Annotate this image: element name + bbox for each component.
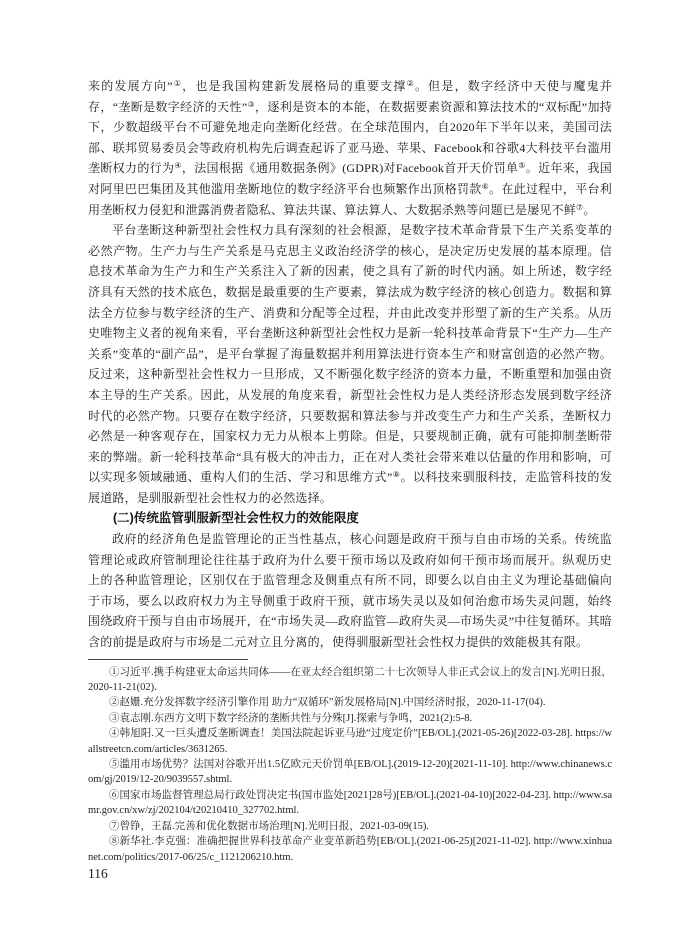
footnote: ⑥国家市场监督管理总局行政处罚决定书(国市监处[2021]28号)[EB/OL]…: [88, 788, 612, 819]
section-heading: (二)传统监管驯服新型社会性权力的效能限度: [88, 508, 612, 529]
footnote: ③袁志刚.东西方文明下数字经济的垄断共性与分殊[J].探索与争鸣，2021(2)…: [88, 711, 612, 726]
paper-page: 来的发展方向”①，也是我国构建新发展格局的重要支撑②。但是，数字经济中天使与魔鬼…: [0, 0, 700, 943]
footnote: ①习近平.携手构建亚太命运共同体——在亚太经合组织第二十七次领导人非正式会议上的…: [88, 665, 612, 696]
body-paragraph-continuation: 来的发展方向”①，也是我国构建新发展格局的重要支撑②。但是，数字经济中天使与魔鬼…: [88, 76, 612, 220]
footnote: ⑤滥用市场优势？法国对谷歌开出1.5亿欧元天价罚单[EB/OL].(2019-1…: [88, 757, 612, 788]
footnote: ⑦曾铮，王磊.完善和优化数据市场治理[N].光明日报，2021-03-09(15…: [88, 819, 612, 834]
page-body: 来的发展方向”①，也是我国构建新发展格局的重要支撑②。但是，数字经济中天使与魔鬼…: [88, 76, 612, 865]
footnote: ④韩旭阳.又一巨头遭反垄断调查！美国法院起诉亚马逊“过度定价”[EB/OL].(…: [88, 726, 612, 757]
body-paragraph: 政府的经济角色是监管理论的正当性基点，核心问题是政府干预与自由市场的关系。传统监…: [88, 529, 612, 653]
footnote-separator-rule: [88, 659, 248, 660]
footnote: ②赵姗.充分发挥数字经济引擎作用 助力“双循环”新发展格局[N].中国经济时报，…: [88, 695, 612, 710]
footnote: ⑧新华社.李克强：准确把握世界科技革命产业变革新趋势[EB/OL].(2021-…: [88, 834, 612, 865]
body-paragraph: 平台垄断这种新型社会性权力具有深刻的社会根源，是数字技术革命背景下生产关系变革的…: [88, 220, 612, 508]
page-number: 116: [88, 866, 108, 882]
footnotes-section: ①习近平.携手构建亚太命运共同体——在亚太经合组织第二十七次领导人非正式会议上的…: [88, 659, 612, 865]
